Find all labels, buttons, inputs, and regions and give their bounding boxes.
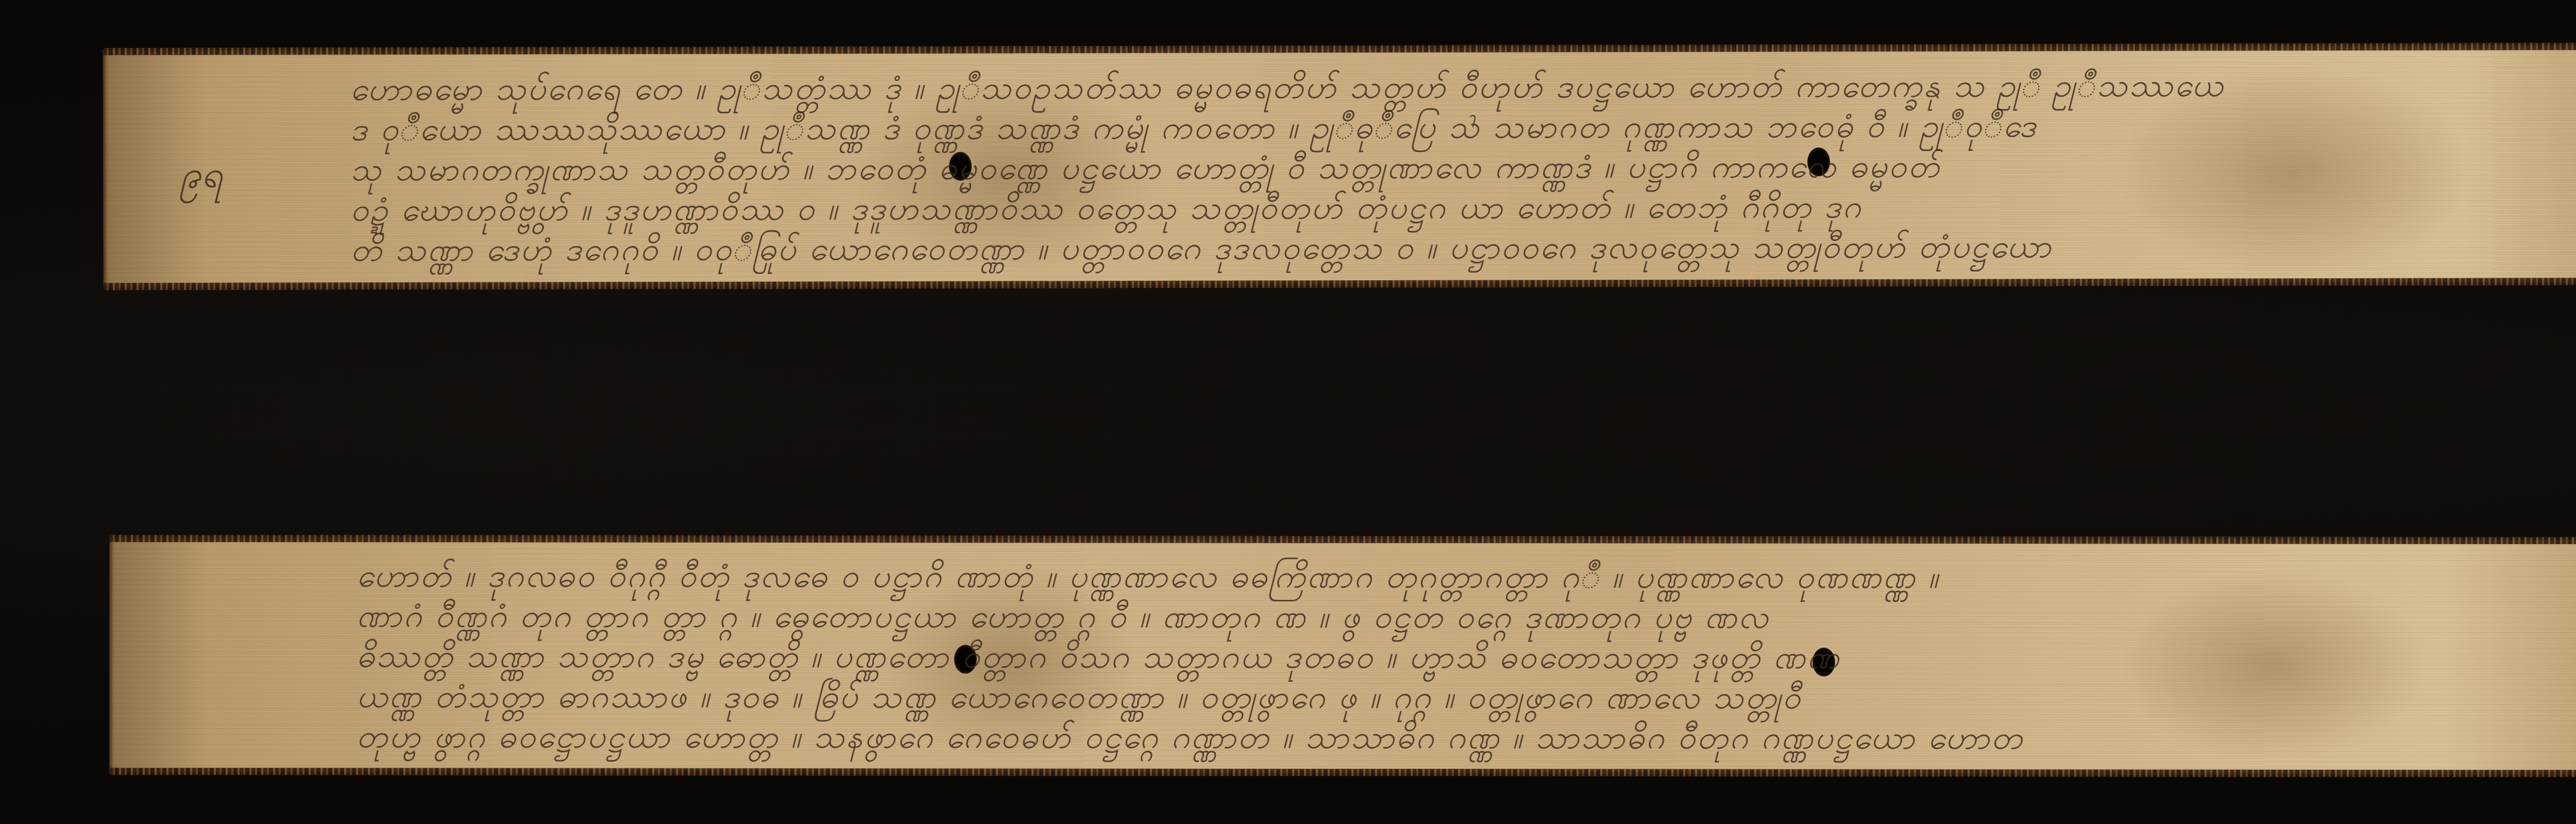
- text-line-5: တုဟ္ဗ ဖွာဂ္ဂ ဓဝဋ္ဌောပဋ္ဌယာ ဟောတ္တ ။ သနဖွ…: [357, 716, 2024, 765]
- palm-leaf-folio-top: ၉ရ ဟောဓမ္မော သုပ်ဂေရေ တေ ။ ဥုဳသတ္တံဿ ဒုံ…: [103, 43, 2576, 290]
- leaf-edge-top: [109, 535, 2576, 544]
- stain: [2119, 567, 2428, 764]
- text-line-5: တိ သဏ္ဏာ ဒေဟုံ ဒဂေဂုဝိ ။ ဝဝုဳဓြုပ် ယောဂေ…: [350, 226, 2053, 277]
- palm-leaf-folio-bottom: ဟောတ် ။ ဒုဂလဓဝ ဝီဂုဂ္ဂီ ဝီတုံ ဒုလဓေ ဝ ပဋ…: [109, 535, 2576, 777]
- folio-number: ၉ရ: [180, 151, 223, 206]
